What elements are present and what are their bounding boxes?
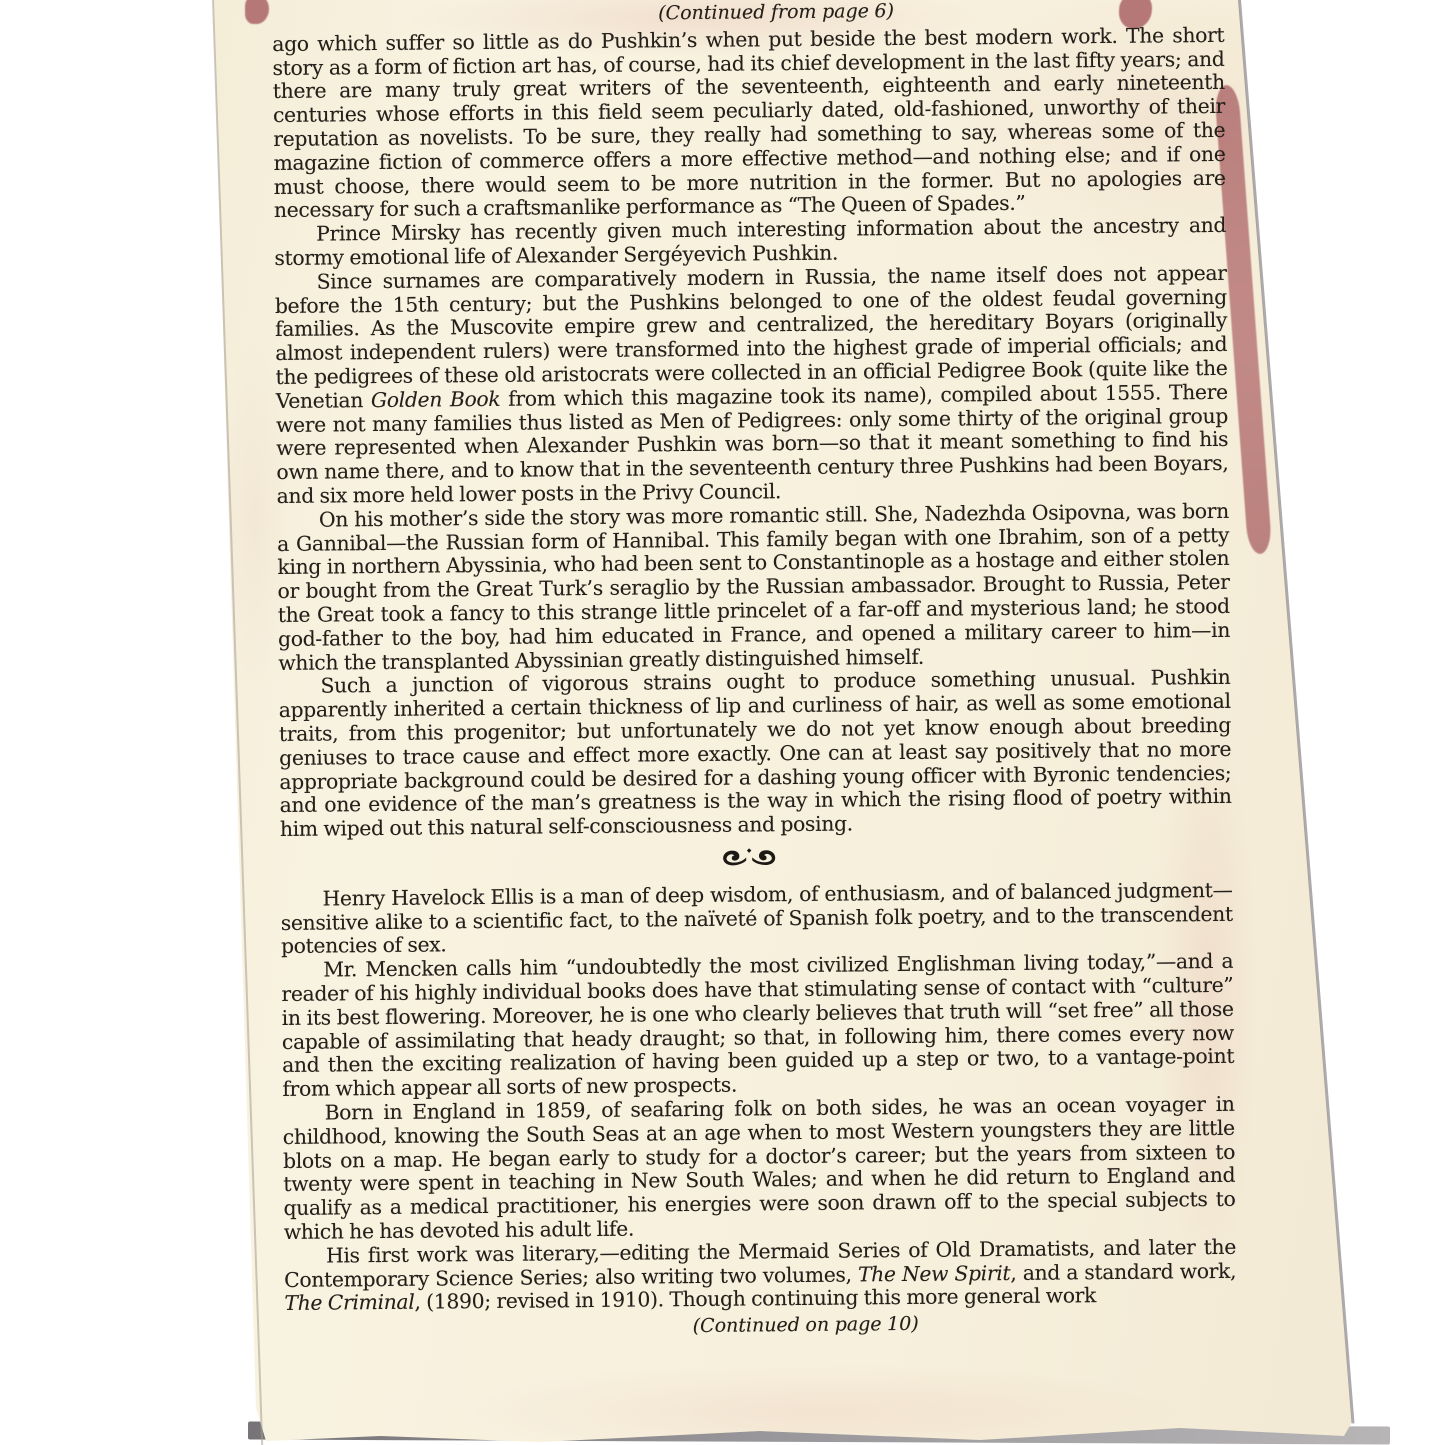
paragraph: Since surnames are comparatively modern … [275,262,1229,509]
fleuron-curls-icon [720,848,778,871]
paragraph: Such a junction of vigorous strains ough… [278,666,1232,842]
paragraph: Henry Havelock Ellis is a man of deep wi… [280,879,1233,960]
italic-text-run: The Criminal [284,1290,414,1315]
text-run: Born in England in 1859, of seafaring fo… [283,1092,1236,1244]
paragraph: Mr. Mencken calls him “undoubtedly the m… [281,950,1234,1102]
text-run: On his mother’s side the story was more … [277,499,1230,675]
text-run: , (1890; revised in 1910). Though contin… [414,1284,1096,1315]
text-run: ago which suffer so little as do Pushkin… [272,23,1226,223]
body-column: (Continued from page 6) ago which suffer… [272,0,1237,1346]
text-run: , and a standard work, [1010,1258,1236,1284]
italic-text-run: The New Spirit [858,1261,1011,1286]
text-run: Mr. Mencken calls him “undoubtedly the m… [281,949,1234,1101]
paragraph: His first work was literary,—editing the… [284,1236,1237,1317]
paragraph: Born in England in 1859, of seafaring fo… [283,1093,1236,1245]
text-run: Such a junction of vigorous strains ough… [279,665,1232,841]
paragraph: On his mother’s side the story was more … [277,500,1231,676]
italic-text-run: Golden Book [371,387,501,412]
section-divider-ornament [266,844,1232,877]
page-footer-continued-on: (Continued on page 10) [330,1310,1282,1343]
scan-background: (Continued from page 6) ago which suffer… [0,0,1445,1445]
paragraph: ago which suffer so little as do Pushkin… [272,24,1226,224]
text-run: Henry Havelock Ellis is a man of deep wi… [281,878,1233,959]
